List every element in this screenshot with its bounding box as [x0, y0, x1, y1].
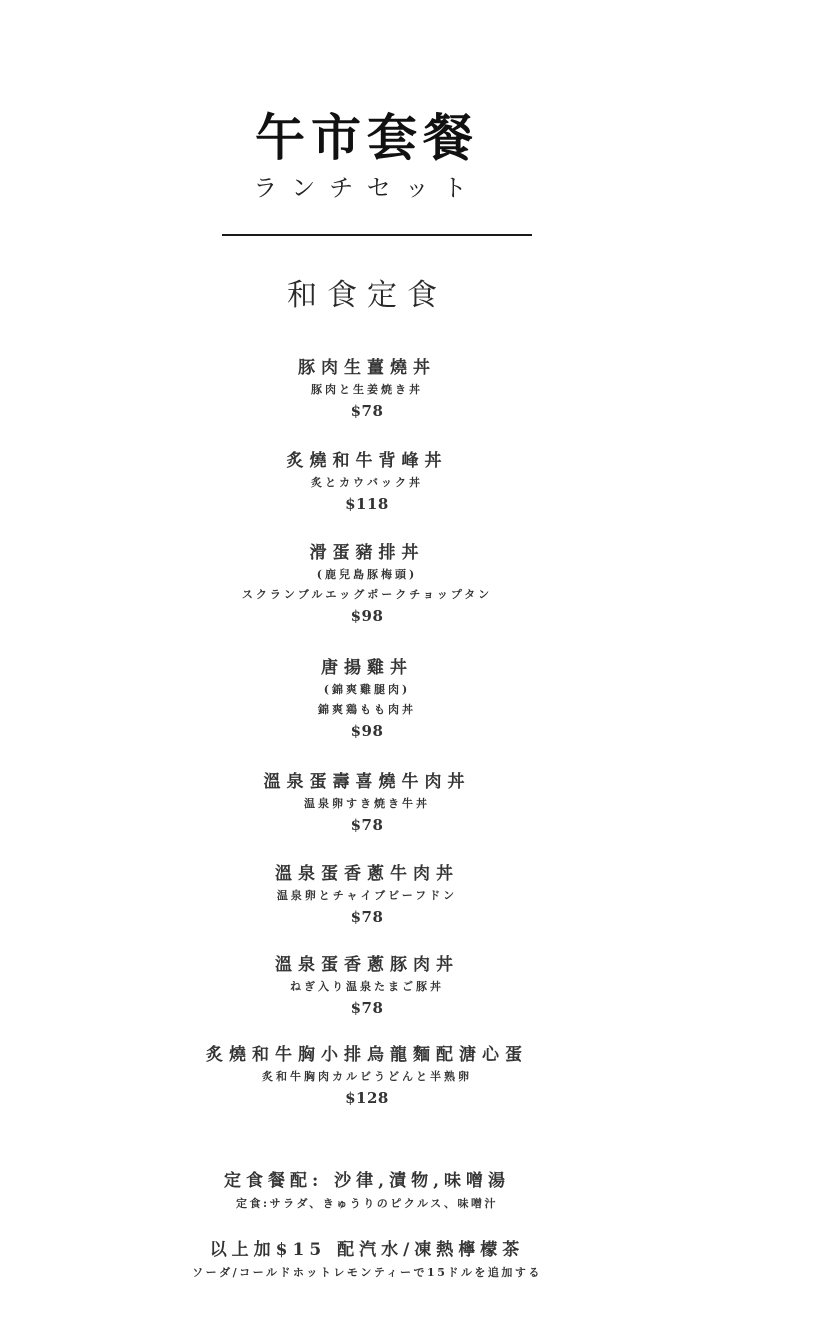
menu-item-japanese: スクランブルエッグポークチョップタン — [0, 585, 774, 605]
menu-item-name: 唐揚雞丼 — [0, 656, 774, 680]
menu-item-japanese: 錦爽鶏もも肉丼 — [0, 700, 774, 720]
menu-item: 溫泉蛋壽喜燒牛肉丼 温泉卵すき焼き牛丼 $78 — [0, 770, 774, 836]
menu-item-japanese: 炙とカウバック丼 — [0, 473, 774, 493]
menu-item-japanese: ねぎ入り温泉たまご豚丼 — [0, 977, 774, 997]
menu-item-japanese: 炙和牛胸肉カルビうどんと半熟卵 — [0, 1067, 774, 1087]
menu-item-note: (錦爽雞腿肉) — [0, 680, 774, 700]
set-includes-note: 定食餐配: 沙律,漬物,味噌湯 定食:サラダ、きゅうりのピクルス、味噌汁 — [0, 1168, 774, 1214]
menu-item-name: 溫泉蛋壽喜燒牛肉丼 — [0, 770, 774, 794]
menu-item-price: $118 — [0, 493, 774, 515]
menu-item-note: (鹿兒島豚梅頭) — [0, 565, 774, 585]
menu-item-japanese: 温泉卵すき焼き牛丼 — [0, 794, 774, 814]
menu-item-name: 豚肉生薑燒丼 — [0, 356, 774, 380]
menu-item: 豚肉生薑燒丼 豚肉と生姜焼き丼 $78 — [0, 356, 774, 422]
menu-item-price: $78 — [0, 814, 774, 836]
section-title: 和食定食 — [0, 276, 774, 316]
menu-item-name: 滑蛋豬排丼 — [0, 541, 774, 565]
menu-item-japanese: 温泉卵とチャイブビーフドン — [0, 886, 774, 906]
menu-item-price: $78 — [0, 400, 774, 422]
menu-item-name: 溫泉蛋香蔥豚肉丼 — [0, 953, 774, 977]
page-title: 午市套餐 — [0, 108, 774, 168]
menu-item-name: 溫泉蛋香蔥牛肉丼 — [0, 862, 774, 886]
divider — [222, 234, 532, 236]
menu-item-price: $78 — [0, 997, 774, 1019]
menu-item-price: $98 — [0, 605, 774, 627]
menu-item-price: $98 — [0, 720, 774, 742]
menu-item: 滑蛋豬排丼 (鹿兒島豚梅頭) スクランブルエッグポークチョップタン $98 — [0, 541, 774, 627]
menu-item: 炙燒和牛胸小排烏龍麵配溏心蛋 炙和牛胸肉カルビうどんと半熟卵 $128 — [0, 1043, 774, 1109]
drink-addon-note: 以上加$15 配汽水/凍熱檸檬茶 ソーダ/コールドホットレモンティーで15ドルを… — [0, 1237, 774, 1283]
drink-addon-text: 以上加$15 配汽水/凍熱檸檬茶 — [0, 1237, 774, 1263]
menu-item-price: $128 — [0, 1087, 774, 1109]
set-includes-japanese: 定食:サラダ、きゅうりのピクルス、味噌汁 — [0, 1194, 774, 1214]
menu-item-name: 炙燒和牛背峰丼 — [0, 449, 774, 473]
set-includes-text: 定食餐配: 沙律,漬物,味噌湯 — [0, 1168, 774, 1194]
menu-item-japanese: 豚肉と生姜焼き丼 — [0, 380, 774, 400]
menu-item: 炙燒和牛背峰丼 炙とカウバック丼 $118 — [0, 449, 774, 515]
menu-item: 溫泉蛋香蔥豚肉丼 ねぎ入り温泉たまご豚丼 $78 — [0, 953, 774, 1019]
page-subtitle: ランチセット — [0, 172, 774, 204]
menu-item-price: $78 — [0, 906, 774, 928]
menu-item: 溫泉蛋香蔥牛肉丼 温泉卵とチャイブビーフドン $78 — [0, 862, 774, 928]
menu-item: 唐揚雞丼 (錦爽雞腿肉) 錦爽鶏もも肉丼 $98 — [0, 656, 774, 742]
drink-addon-japanese: ソーダ/コールドホットレモンティーで15ドルを追加する — [0, 1263, 774, 1283]
menu-item-name: 炙燒和牛胸小排烏龍麵配溏心蛋 — [0, 1043, 774, 1067]
